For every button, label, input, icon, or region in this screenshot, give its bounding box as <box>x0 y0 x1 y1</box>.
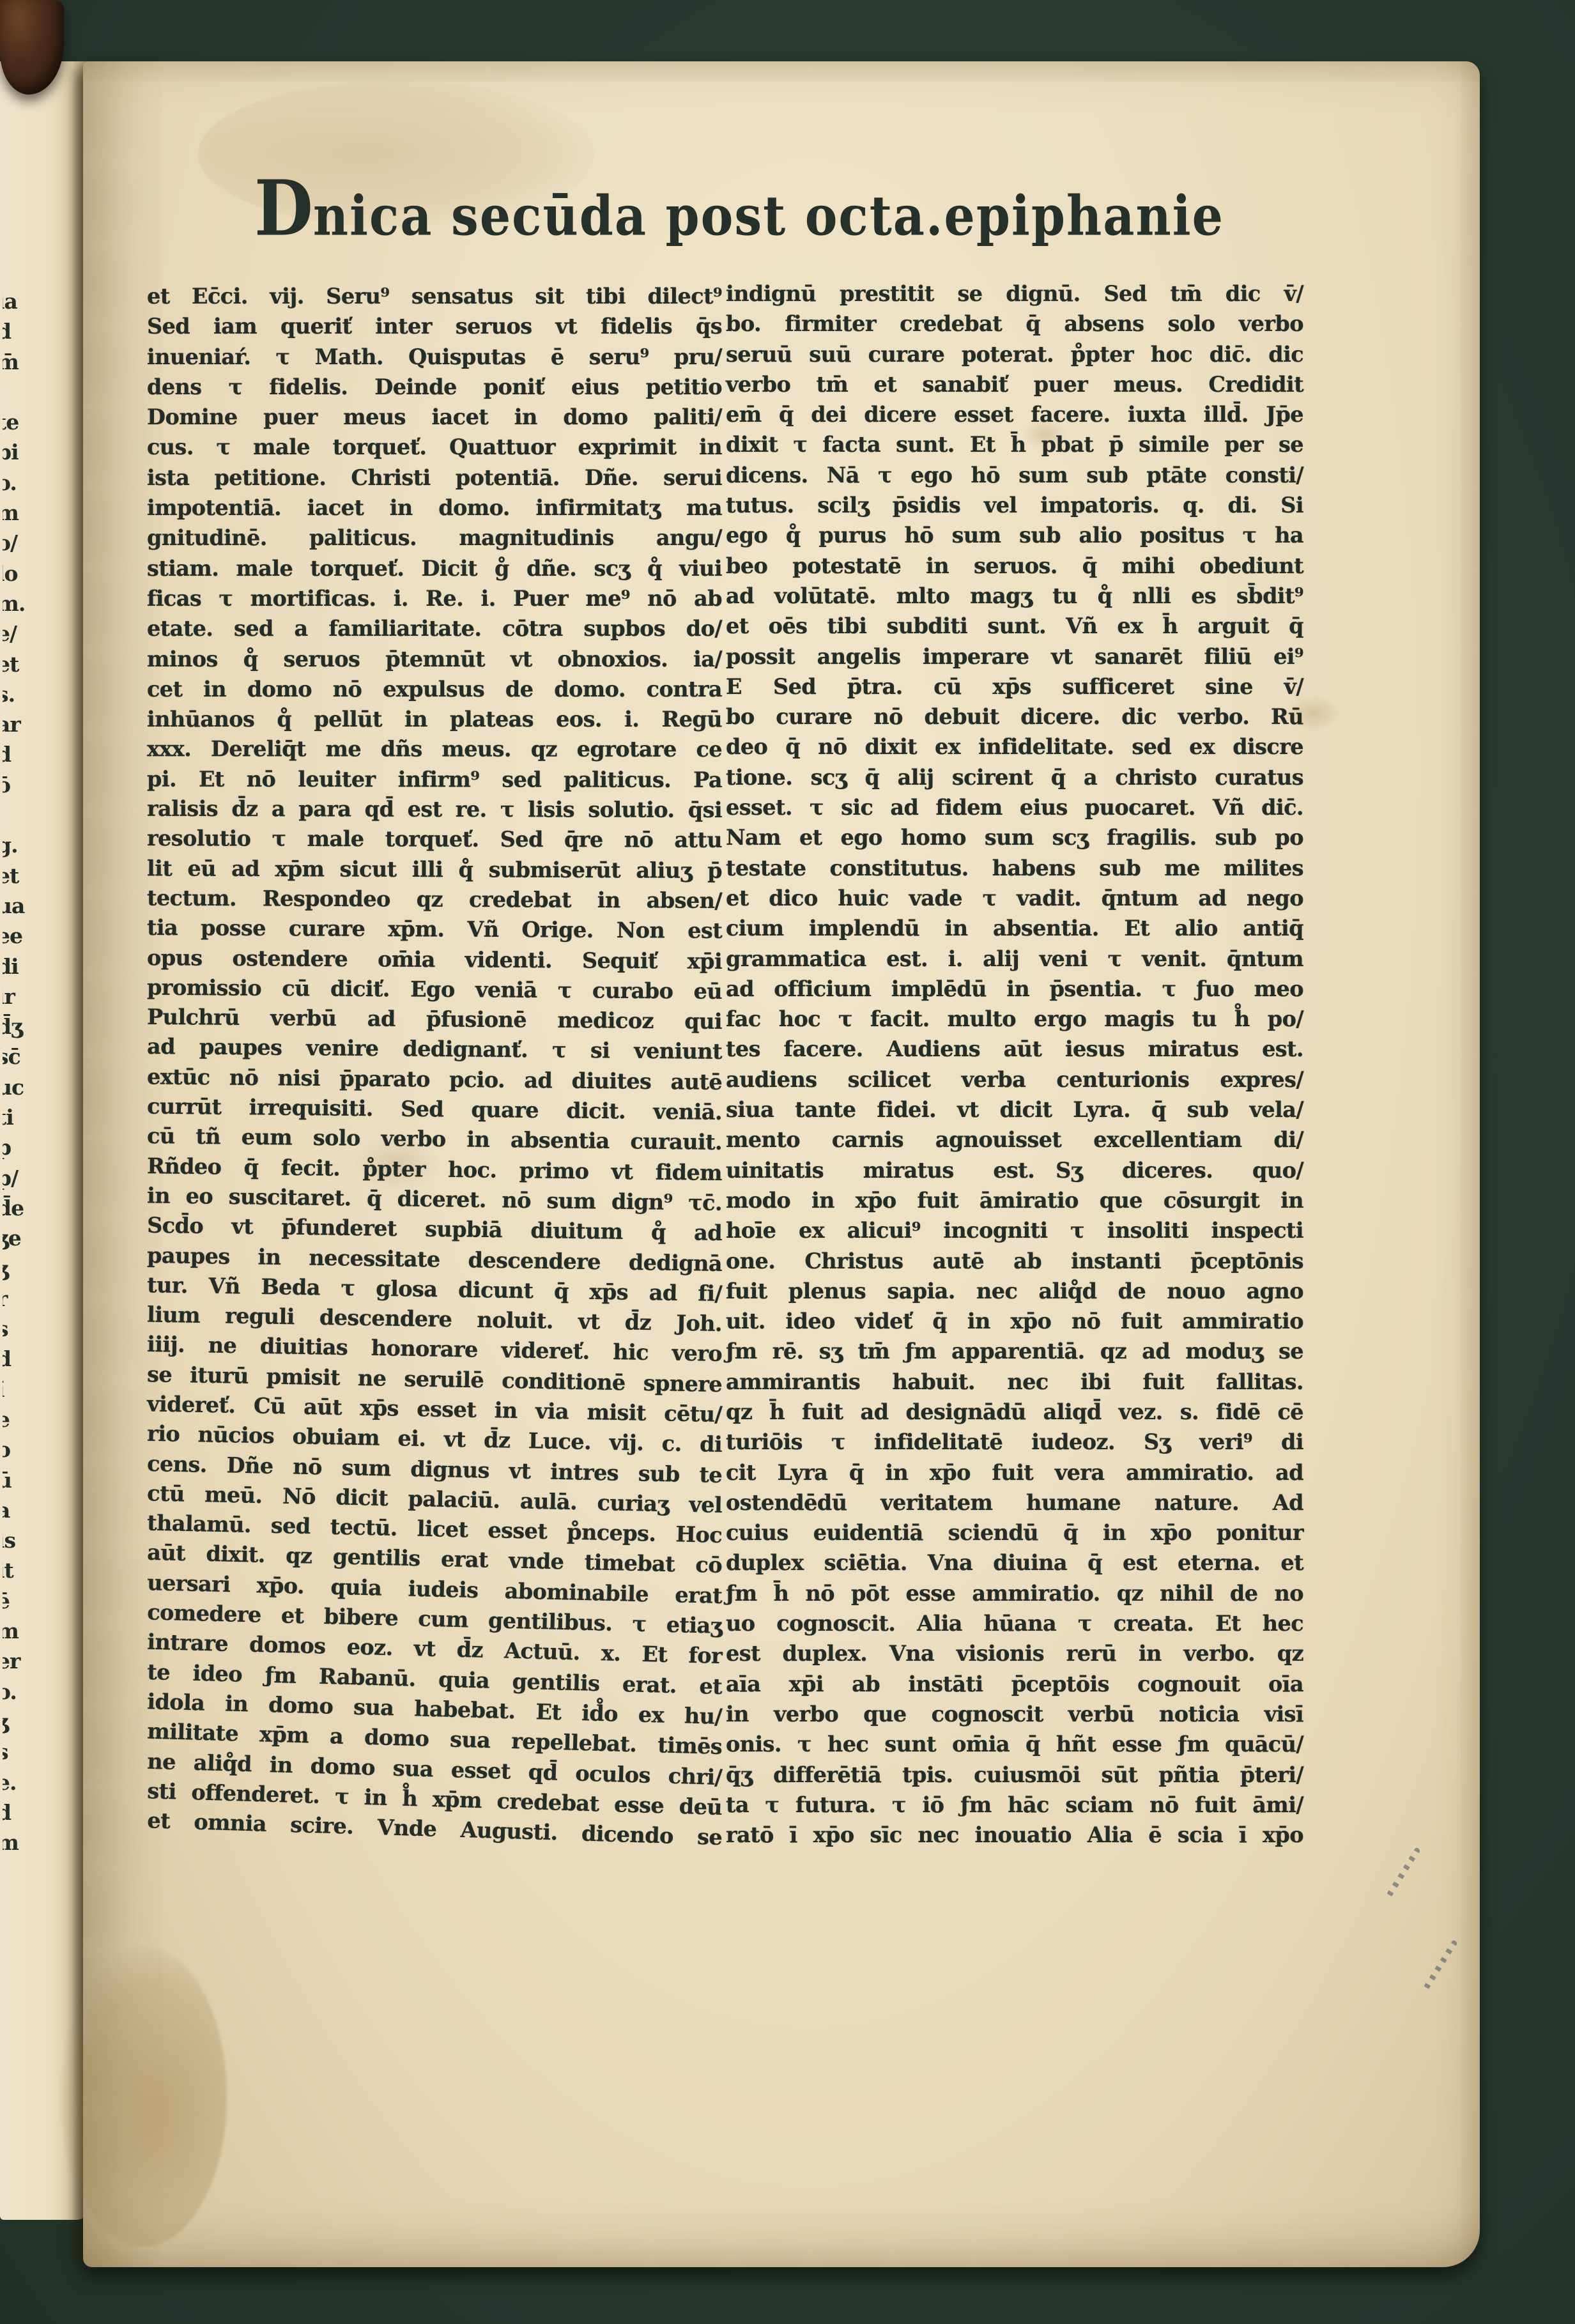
text-line: audiens scilicet verba centurionis expre… <box>726 1067 1303 1097</box>
text-line: Domine puer meus iacet in domo paliti/ <box>147 404 722 435</box>
ink-speckle-mark <box>1423 1939 1457 1990</box>
margin-fragment-line: te <box>3 407 32 437</box>
margin-fragment-line: ar <box>3 709 32 739</box>
text-line: cit Lyra q̄ in xp̄o fuit vera ammiratio.… <box>726 1460 1303 1490</box>
text-line: minos q̊ seruos p̄temnūt vt obnoxios. ia… <box>147 647 722 677</box>
text-line: ƒm rē. sʒ tm̄ ƒm apparentiā. qz ad moduʒ… <box>726 1339 1303 1369</box>
text-line: grammatica est. i. alij veni τ venit. q̄… <box>726 946 1303 976</box>
text-line: promissio cū diciť. Ego veniā τ curabo e… <box>147 974 722 1009</box>
text-line: aīa xp̄i ab instāti p̄ceptōis cognouit o… <box>726 1672 1303 1702</box>
text-line: uinitatis miratus est. Sʒ diceres. quo/ <box>726 1158 1303 1188</box>
margin-fragment-line: ʒ <box>3 1254 32 1284</box>
text-line: cus. τ male torqueť. Quattuor exprimit i… <box>147 435 722 465</box>
text-line: beo potestatē in seruos. q̄ mihi obediun… <box>726 553 1303 583</box>
text-line: tectum. Respondeo qz credebat in absen/ <box>147 886 722 919</box>
margin-fragment-line: r <box>3 1284 32 1314</box>
margin-fragment-line: uc <box>3 1072 32 1102</box>
margin-fragment-line: e/ <box>3 619 32 649</box>
text-line: fuit plenus sapia. nec aliq̊d de nouo ag… <box>726 1279 1303 1309</box>
margin-fragment-line: g. <box>3 830 32 860</box>
text-line: etate. sed a familiaritate. cōtra supbos… <box>147 616 722 646</box>
text-line: duplex sciētia. Vna diuina q̄ est eterna… <box>726 1550 1303 1580</box>
text-column-left: et Ec̄ci. vij. Seru⁹ sensatus sit tibi d… <box>147 284 722 1855</box>
margin-fragment-line: lo <box>3 558 32 589</box>
margin-fragment-line: ti <box>3 1102 32 1132</box>
text-line: inhūanos q̊ pellūt in plateas eos. i. Re… <box>147 707 722 737</box>
text-line: impotentiā. iacet in domo. infirmitatʒ m… <box>147 495 722 525</box>
text-line: mento carnis agnouisset excellentiam di/ <box>726 1127 1303 1157</box>
text-line: ralisis d̄z a para qd̄ est re. τ lisis s… <box>147 796 722 827</box>
text-line: bo curare nō debuit dicere. dic verbo. R… <box>726 704 1303 734</box>
margin-fragment-line: er <box>3 1646 32 1676</box>
page-heading: Dnica secūda post octa.epiphanie <box>254 164 1213 264</box>
ink-speckle-mark <box>1386 1847 1420 1897</box>
margin-fragment-line: ī <box>3 1374 32 1404</box>
text-line: inueniaŕ. τ Math. Quisputas ē seru⁹ pru/ <box>147 344 722 374</box>
margin-fragment-line: ō <box>3 770 32 800</box>
text-line: bo. firmiter credebat q̄ absens solo ver… <box>726 311 1303 341</box>
text-line: cet in domo nō expulsus de domo. contra <box>147 677 722 707</box>
text-line: ostendēdū veritatem humane nature. Ad <box>726 1490 1303 1520</box>
margin-fragment-line: ē <box>3 1586 32 1616</box>
margin-fragment-line: s. <box>3 679 32 709</box>
margin-fragment-line: p <box>3 1132 32 1162</box>
text-line: tutus. scilʒ p̄sidis vel impatoris. q. d… <box>726 493 1303 523</box>
margin-fragment-line: s <box>3 1737 32 1767</box>
text-line: seruū suū curare poterat. p̊pter hoc dic… <box>726 342 1303 372</box>
text-line: cium implendū in absentia. Et alio antiq… <box>726 916 1303 946</box>
text-line: modo in xp̄o fuit āmiratio que cōsurgit … <box>726 1188 1303 1218</box>
text-line: siua tante fidei. vt dicit Lyra. q̄ sub … <box>726 1097 1303 1127</box>
margin-fragment-line: o. <box>3 1677 32 1707</box>
text-line: ad volūtatē. mlto magʒ tu q̊ nlli es sb̄… <box>726 583 1303 613</box>
margin-fragment-line <box>3 377 32 407</box>
margin-fragment-line: o/ <box>3 528 32 558</box>
page-stain <box>61 1946 227 2247</box>
text-line: testate constitutus. habens sub me milit… <box>726 856 1303 886</box>
margin-fragment-line: et <box>3 649 32 679</box>
text-line: tia posse curare xp̄m. Vñ Orige. Non est <box>147 915 722 948</box>
text-line: dens τ fidelis. Deinde poniť eius petiti… <box>147 374 722 404</box>
margin-fragment-line: s <box>3 1314 32 1344</box>
text-line: stiam. male torqueť. Dicit g̊ dñe. scʒ q… <box>147 556 722 586</box>
text-line: Sed iam queriť inter seruos vt fidelis q… <box>147 314 722 344</box>
facing-page-text-fragments: iadm̄tebio.mo/lom.e/ets.ardōg.etuaeediir… <box>3 286 32 1884</box>
text-line: ficas τ mortificas. i. Re. i. Puer me⁹ n… <box>147 586 722 616</box>
text-line: em̄ q̄ dei dicere esset facere. iuxta il… <box>726 402 1303 432</box>
text-line: tes facere. Audiens aūt iesus miratus es… <box>726 1036 1303 1066</box>
text-line: xxx. Dereliq̄t me dñs meus. qz egrotare … <box>147 737 722 767</box>
text-line: ad officium implēdū in p̄sentia. τ ƒuo m… <box>726 976 1303 1006</box>
margin-fragment-line: ee <box>3 921 32 951</box>
text-line: est duplex. Vna visionis rerū in verbo. … <box>726 1641 1303 1671</box>
text-line: ista petitione. Christi potentiā. Dñe. s… <box>147 465 722 495</box>
margin-fragment-line: e. <box>3 1767 32 1797</box>
text-line: ego q̊ purus hō sum sub alio positus τ h… <box>726 523 1303 553</box>
text-line: resolutio τ male torqueť. Sed q̄re nō at… <box>147 826 722 858</box>
margin-fragment-line: o <box>3 1435 32 1465</box>
margin-fragment-line: m <box>3 1616 32 1646</box>
book-page: Dnica secūda post octa.epiphanie et Ec̄c… <box>83 61 1480 2267</box>
text-line: onis. τ hec sunt om̄ia q̄ hñt esse ƒm qu… <box>726 1732 1303 1762</box>
text-line: ta τ futura. τ iō ƒm hāc sciam nō fuit ā… <box>726 1792 1303 1822</box>
margin-fragment-line: ua <box>3 891 32 921</box>
text-line: ad paupes venire dedignanť. τ si veniunt <box>147 1034 722 1069</box>
margin-fragment-line: ʒ <box>3 1707 32 1737</box>
margin-fragment-line: m̄ <box>3 347 32 377</box>
margin-fragment-line: it <box>3 1555 32 1585</box>
text-line: indignū prestitit se dignū. Sed tm̄ dic … <box>726 281 1303 311</box>
text-line: q̄ʒ differētiā tpis. cuiusmōi sūt pñtia … <box>726 1762 1303 1792</box>
text-line: esset. τ sic ad fidem eius puocaret. Vñ … <box>726 795 1303 825</box>
text-line: opus ostendere om̄ia videnti. Sequiť xp̄… <box>147 945 722 979</box>
text-line: uo cognoscit. Alia hūana τ creata. Et he… <box>726 1611 1303 1641</box>
margin-fragment-line: is <box>3 1525 32 1555</box>
margin-fragment-line: bi <box>3 437 32 467</box>
text-line: cuius euidentiā sciendū q̄ in xp̄o ponit… <box>726 1520 1303 1550</box>
margin-fragment-line: a <box>3 1495 32 1525</box>
margin-fragment-line: sc̄ <box>3 1042 32 1072</box>
margin-fragment-line: p/ <box>3 1163 32 1193</box>
margin-fragment-line: d <box>3 316 32 346</box>
margin-fragment-line: e <box>3 1404 32 1435</box>
text-line: et dico huic vade τ vadit. q̄ntum ad neg… <box>726 886 1303 916</box>
text-line: dixit τ facta sunt. Et h̄ pbat p̄ simile… <box>726 432 1303 462</box>
margin-fragment-line: m <box>3 1828 32 1858</box>
text-line: one. Christus autē ab instanti p̄ceptōni… <box>726 1249 1303 1279</box>
margin-fragment-line: m. <box>3 589 32 619</box>
text-line: ratō ī xp̄o sīc nec inouatio Alia ē scia… <box>726 1822 1303 1852</box>
text-line: lit eū ad xp̄m sicut illi q̊ submiserūt … <box>147 856 722 888</box>
margin-fragment-line: di <box>3 951 32 981</box>
margin-fragment-line: et <box>3 861 32 891</box>
margin-fragment-line: ū <box>3 1465 32 1495</box>
text-line: ƒm h̄ nō pōt esse ammiratio. qz nihil de… <box>726 1581 1303 1611</box>
margin-fragment-line <box>3 800 32 830</box>
text-line: dicens. Nā τ ego hō sum sub ptāte consti… <box>726 463 1303 493</box>
text-line: deo q̄ nō dixit ex infidelitate. sed ex … <box>726 734 1303 764</box>
text-line: uit. ideo videť q̄ in xp̄o nō fuit ammir… <box>726 1309 1303 1339</box>
text-line: pi. Et nō leuiter infirm⁹ sed paliticus.… <box>147 766 722 797</box>
text-line: et Ec̄ci. vij. Seru⁹ sensatus sit tibi d… <box>147 284 722 314</box>
margin-fragment-line: d <box>3 1797 32 1828</box>
margin-fragment-line: ir <box>3 981 32 1012</box>
text-line: turiōis τ infidelitatē iudeoz. Sʒ veri⁹ … <box>726 1429 1303 1459</box>
text-line: gnitudinē. paliticus. magnitudinis angu/ <box>147 525 722 555</box>
text-line: possit angelis imperare vt sanarēt filiū… <box>726 644 1303 674</box>
text-line: E Sed p̄tra. cū xp̄s sufficeret sine v̄/ <box>726 674 1303 704</box>
text-line: tione. scʒ q̄ alij scirent q̄ a christo … <box>726 765 1303 795</box>
text-line: et oēs tibi subditi sunt. Vñ ex h̄ argui… <box>726 613 1303 643</box>
scanned-book-photo: iadm̄tebio.mo/lom.e/ets.ardōg.etuaeediir… <box>0 0 1575 2324</box>
facing-page-sliver: iadm̄tebio.mo/lom.e/ets.ardōg.etuaeediir… <box>0 61 88 2220</box>
margin-fragment-line: d <box>3 1344 32 1374</box>
margin-fragment-line: m <box>3 498 32 528</box>
text-line: qz h̄ fuit ad designādū aliqd̄ vez. s. f… <box>726 1399 1303 1429</box>
text-column-right: indignū prestitit se dignū. Sed tm̄ dic … <box>726 281 1303 1852</box>
text-line: fac hoc τ facit. multo ergo magis tu h̊ … <box>726 1006 1303 1036</box>
margin-fragment-line: ia <box>3 286 32 316</box>
text-line: verbo tm̄ et sanabiť puer meus. Credidit <box>726 372 1303 402</box>
margin-fragment-line: d̄e <box>3 1193 32 1223</box>
margin-fragment-line: d̄ʒ <box>3 1012 32 1042</box>
text-line: in verbo que cognoscit verbū noticia vis… <box>726 1702 1303 1732</box>
text-line: Nam et ego homo sum scʒ fragilis. sub po <box>726 825 1303 855</box>
text-line: ammirantis habuit. nec ibi fuit fallitas… <box>726 1369 1303 1399</box>
margin-fragment-line: ʒe <box>3 1223 32 1253</box>
margin-fragment-line: o. <box>3 468 32 498</box>
margin-fragment-line: d <box>3 739 32 769</box>
text-line: hoīe ex alicui⁹ incogniti τ insoliti ins… <box>726 1218 1303 1248</box>
